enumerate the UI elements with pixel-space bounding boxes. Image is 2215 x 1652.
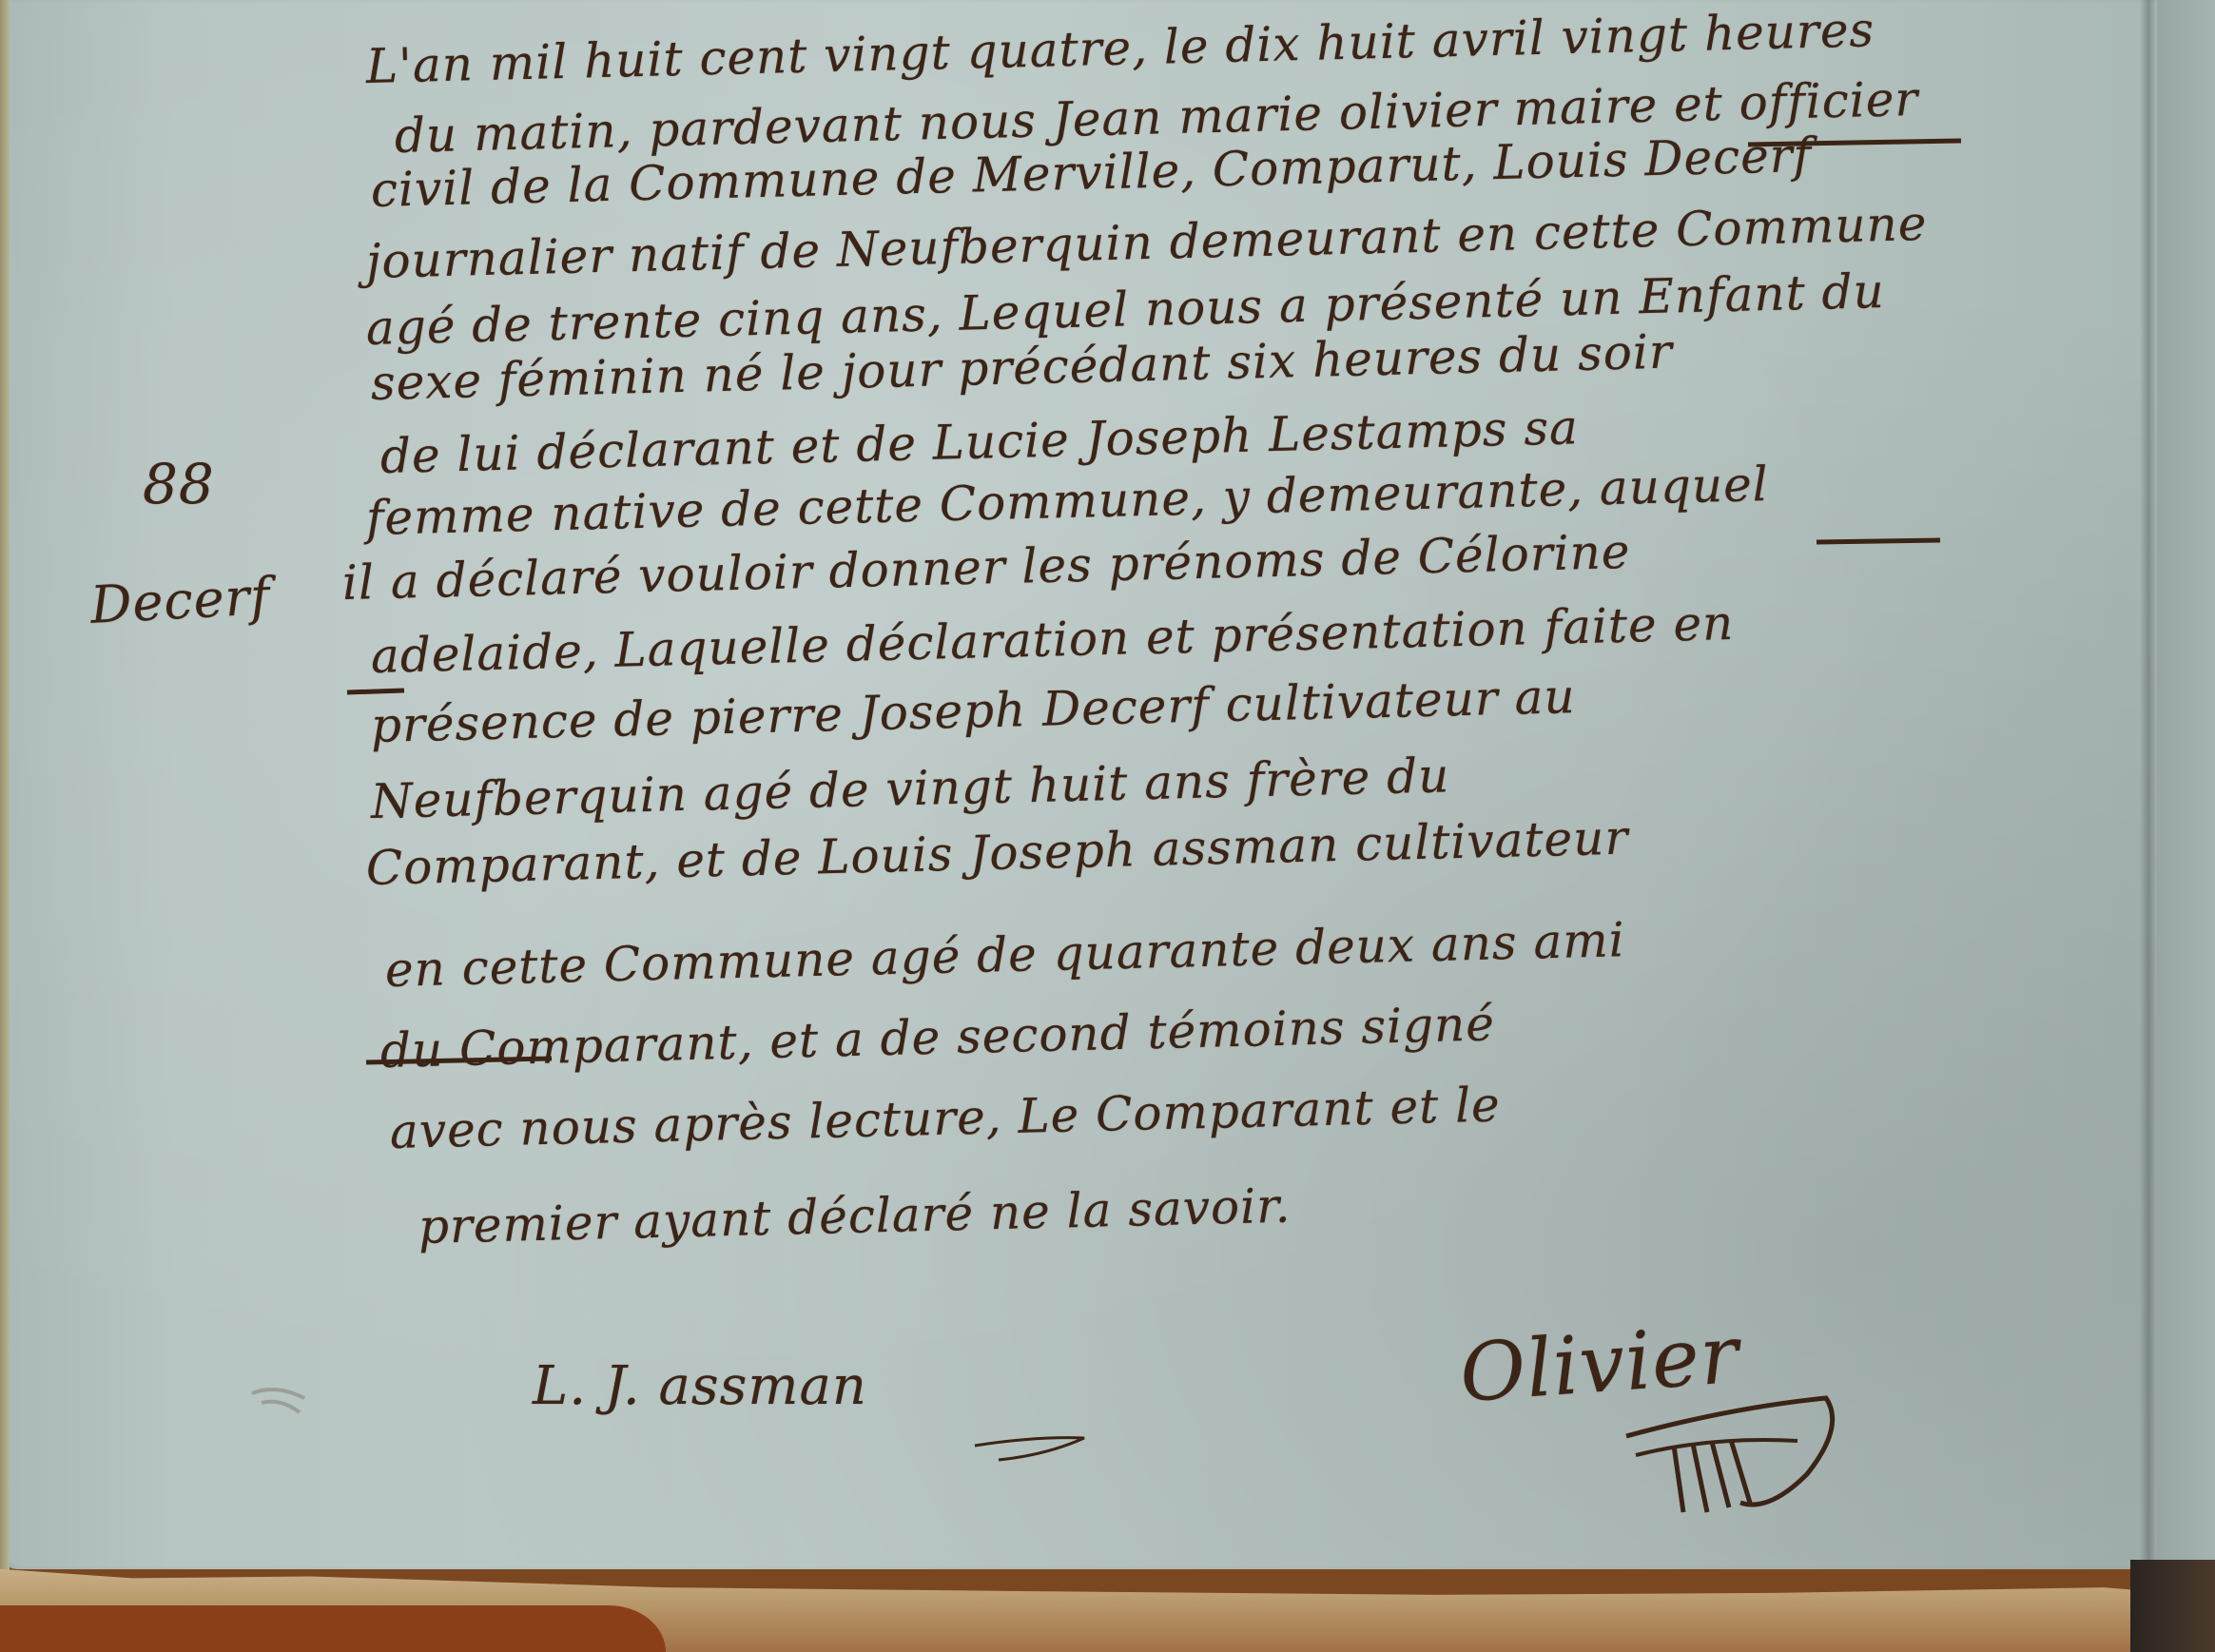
book-cover-corner: [2130, 1560, 2215, 1652]
witness-signature: L. J. assman: [533, 1355, 867, 1417]
next-page-edge: [2157, 0, 2215, 1569]
margin-surname: Decerf: [88, 566, 271, 635]
signature-paraph-icon: [1617, 1370, 1864, 1522]
page-edge: [0, 0, 10, 1579]
binding-fold: [2140, 0, 2157, 1569]
signature-tail-icon: [970, 1427, 1094, 1465]
book-cover-leather: [0, 1605, 666, 1652]
pencil-mark-icon: [247, 1370, 333, 1427]
margin-entry-number: 88: [143, 452, 215, 516]
register-photo: 88 Decerf L'an mil huit cent vingt quatr…: [0, 0, 2215, 1652]
